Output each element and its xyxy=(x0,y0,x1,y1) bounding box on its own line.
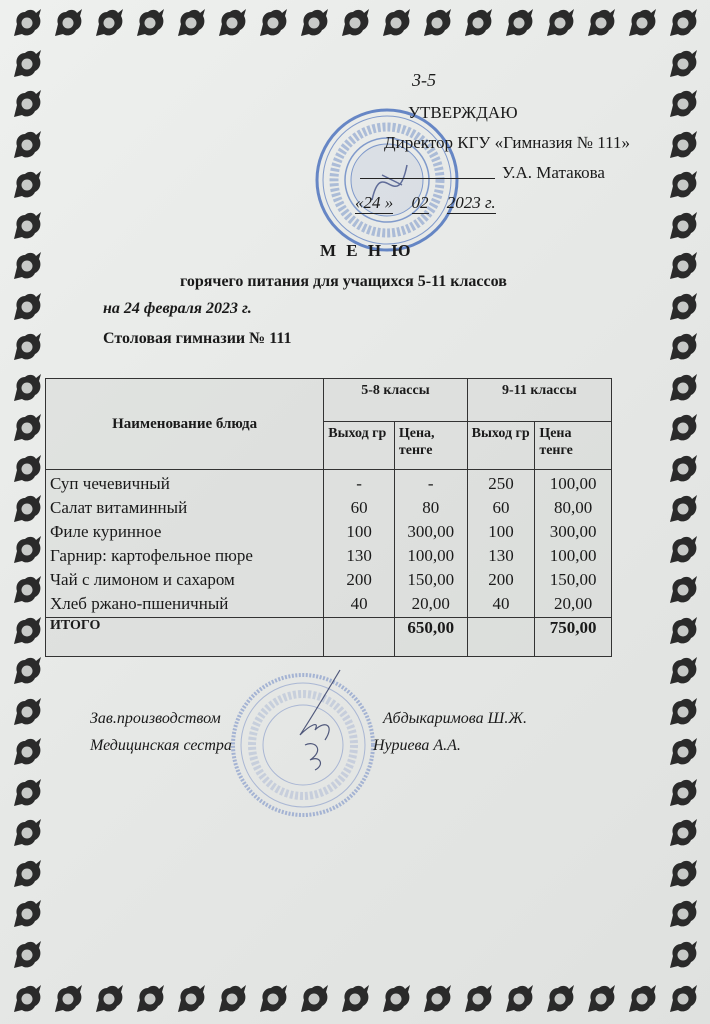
ornament-icon xyxy=(666,735,700,769)
table-cell: 300,00 xyxy=(399,520,463,544)
total-label: ИТОГО xyxy=(46,618,324,657)
ornament-icon xyxy=(338,982,372,1016)
ornament-icon xyxy=(10,6,44,40)
column-header-price-9-11: Цена тенге xyxy=(535,422,612,470)
ornament-icon xyxy=(10,411,44,445)
table-cell: 300,00 xyxy=(539,520,607,544)
ornament-icon xyxy=(10,614,44,648)
price-5-8-values: -80300,00100,00150,0020,00 xyxy=(394,470,467,618)
table-cell: 150,00 xyxy=(539,568,607,592)
table-cell: - xyxy=(399,472,463,496)
ornament-icon xyxy=(666,938,700,972)
table-body-row: Суп чечевичныйСалат витаминныйФиле курин… xyxy=(46,470,612,618)
ornament-icon xyxy=(10,857,44,891)
column-group-9-11: 9-11 классы xyxy=(467,379,611,422)
ornament-icon xyxy=(666,168,700,202)
ornament-icon xyxy=(666,6,700,40)
ornament-icon xyxy=(10,735,44,769)
dish-name: Филе куринное xyxy=(50,520,319,544)
table-cell: 200 xyxy=(472,568,531,592)
ornament-icon xyxy=(10,209,44,243)
table-cell: - xyxy=(328,472,390,496)
table-cell: 100,00 xyxy=(539,544,607,568)
ornament-icon xyxy=(543,6,577,40)
date-year: 2023 г. xyxy=(447,193,496,214)
ornament-icon xyxy=(256,6,290,40)
table-cell: 250 xyxy=(472,472,531,496)
ornament-icon xyxy=(10,533,44,567)
output-9-11-values: 2506010013020040 xyxy=(467,470,535,618)
table-cell: 200 xyxy=(328,568,390,592)
ornament-icon xyxy=(215,6,249,40)
signature-name-nurse: Нуриева А.А. xyxy=(373,737,461,755)
ornament-icon xyxy=(666,776,700,810)
document-number: 3-5 xyxy=(412,70,436,91)
ornament-icon xyxy=(10,776,44,810)
ornament-icon xyxy=(10,168,44,202)
ornament-icon xyxy=(338,6,372,40)
ornament-icon xyxy=(420,982,454,1016)
ornament-icon xyxy=(666,209,700,243)
column-header-dish: Наименование блюда xyxy=(46,379,324,470)
dish-name: Хлеб ржано-пшеничный xyxy=(50,592,319,616)
ornament-icon xyxy=(666,816,700,850)
ornament-icon xyxy=(10,128,44,162)
table-cell: 130 xyxy=(472,544,531,568)
table-cell: 130 xyxy=(328,544,390,568)
ornament-icon xyxy=(10,938,44,972)
ornament-icon xyxy=(666,290,700,324)
ornament-icon xyxy=(461,982,495,1016)
table-cell: 100 xyxy=(328,520,390,544)
table-cell: 150,00 xyxy=(399,568,463,592)
ornament-icon xyxy=(10,816,44,850)
ornament-icon xyxy=(51,982,85,1016)
signature-role-production: Зав.производством xyxy=(90,710,221,728)
approval-date: «24 » 02 2023 г. xyxy=(355,193,496,214)
dish-name: Суп чечевичный xyxy=(50,472,319,496)
ornament-icon xyxy=(584,982,618,1016)
ornament-icon xyxy=(10,695,44,729)
ornament-icon xyxy=(543,982,577,1016)
column-header-price-5-8: Цена, тенге xyxy=(394,422,467,470)
ornament-icon xyxy=(10,47,44,81)
dish-name: Салат витаминный xyxy=(50,496,319,520)
ornament-icon xyxy=(666,695,700,729)
price-9-11-values: 100,0080,00300,00100,00150,0020,00 xyxy=(535,470,612,618)
ornament-icon xyxy=(666,87,700,121)
ornament-icon xyxy=(10,452,44,486)
total-row: ИТОГО 650,00 750,00 xyxy=(46,618,612,657)
ornament-icon xyxy=(10,573,44,607)
date-day: «24 » xyxy=(355,193,393,214)
director-name: У.А. Матакова xyxy=(502,163,605,183)
ornament-icon xyxy=(666,573,700,607)
signature-role-nurse: Медицинская сестра xyxy=(90,737,232,755)
dish-names: Суп чечевичныйСалат витаминныйФиле курин… xyxy=(46,470,324,618)
official-stamp-icon xyxy=(312,105,462,255)
ornament-icon xyxy=(666,128,700,162)
column-group-5-8: 5-8 классы xyxy=(324,379,467,422)
ornament-icon xyxy=(297,6,331,40)
signature-line xyxy=(360,177,495,179)
ornament-icon xyxy=(666,330,700,364)
ornament-icon xyxy=(461,6,495,40)
ornament-icon xyxy=(502,982,536,1016)
ornament-icon xyxy=(666,452,700,486)
ornament-icon xyxy=(584,6,618,40)
ornament-icon xyxy=(420,6,454,40)
ornament-icon xyxy=(10,492,44,526)
ornament-icon xyxy=(10,371,44,405)
page-title: М Е Н Ю xyxy=(320,241,414,261)
ornament-icon xyxy=(133,6,167,40)
ornament-icon xyxy=(10,982,44,1016)
total-price-5-8: 650,00 xyxy=(394,618,467,657)
canteen-name: Столовая гимназии № 111 xyxy=(103,330,291,348)
table-cell: 40 xyxy=(472,592,531,616)
ornament-icon xyxy=(10,330,44,364)
ornament-icon xyxy=(92,982,126,1016)
signature-name-production: Абдыкаримова Ш.Ж. xyxy=(383,710,527,728)
ornament-icon xyxy=(666,249,700,283)
table-cell: 20,00 xyxy=(539,592,607,616)
ornament-icon xyxy=(10,897,44,931)
approval-heading: УТВЕРЖДАЮ xyxy=(408,103,518,123)
table-cell: 80,00 xyxy=(539,496,607,520)
ornament-icon xyxy=(10,654,44,688)
ornament-icon xyxy=(666,654,700,688)
table-cell: 100,00 xyxy=(399,544,463,568)
ornament-icon xyxy=(174,982,208,1016)
ornament-icon xyxy=(174,6,208,40)
ornament-icon xyxy=(666,857,700,891)
date-month: 02 xyxy=(412,193,429,214)
column-header-output-5-8: Выход гр xyxy=(324,422,395,470)
column-header-output-9-11: Выход гр xyxy=(467,422,535,470)
ornament-icon xyxy=(10,87,44,121)
total-price-9-11: 750,00 xyxy=(535,618,612,657)
dish-name: Чай с лимоном и сахаром xyxy=(50,568,319,592)
ornament-icon xyxy=(51,6,85,40)
ornament-icon xyxy=(215,982,249,1016)
ornament-icon xyxy=(502,6,536,40)
table-cell: 100,00 xyxy=(539,472,607,496)
ornament-icon xyxy=(92,6,126,40)
output-5-8-values: -6010013020040 xyxy=(324,470,395,618)
table-cell: 60 xyxy=(472,496,531,520)
ornament-icon xyxy=(379,6,413,40)
dish-name: Гарнир: картофельное пюре xyxy=(50,544,319,568)
ornament-icon xyxy=(666,371,700,405)
ornament-icon xyxy=(133,982,167,1016)
ornament-icon xyxy=(625,982,659,1016)
ornament-icon xyxy=(625,6,659,40)
director-position: Директор КГУ «Гимназия № 111» xyxy=(384,133,630,153)
table-cell: 80 xyxy=(399,496,463,520)
table-cell: 100 xyxy=(472,520,531,544)
total-output-5-8 xyxy=(324,618,395,657)
table-cell: 60 xyxy=(328,496,390,520)
ornament-icon xyxy=(666,897,700,931)
signature-icon xyxy=(280,665,360,775)
ornament-icon xyxy=(297,982,331,1016)
ornament-icon xyxy=(666,411,700,445)
table-cell: 40 xyxy=(328,592,390,616)
menu-date: на 24 февраля 2023 г. xyxy=(103,300,252,318)
ornament-icon xyxy=(379,982,413,1016)
ornament-icon xyxy=(10,249,44,283)
menu-table: Наименование блюда 5-8 классы 9-11 класс… xyxy=(45,378,612,657)
page-subtitle: горячего питания для учащихся 5-11 класс… xyxy=(180,273,507,291)
ornament-icon xyxy=(666,47,700,81)
ornament-icon xyxy=(10,290,44,324)
ornament-icon xyxy=(666,982,700,1016)
ornament-icon xyxy=(666,492,700,526)
total-output-9-11 xyxy=(467,618,535,657)
ornament-icon xyxy=(666,614,700,648)
ornament-icon xyxy=(666,533,700,567)
table-cell: 20,00 xyxy=(399,592,463,616)
ornament-icon xyxy=(256,982,290,1016)
